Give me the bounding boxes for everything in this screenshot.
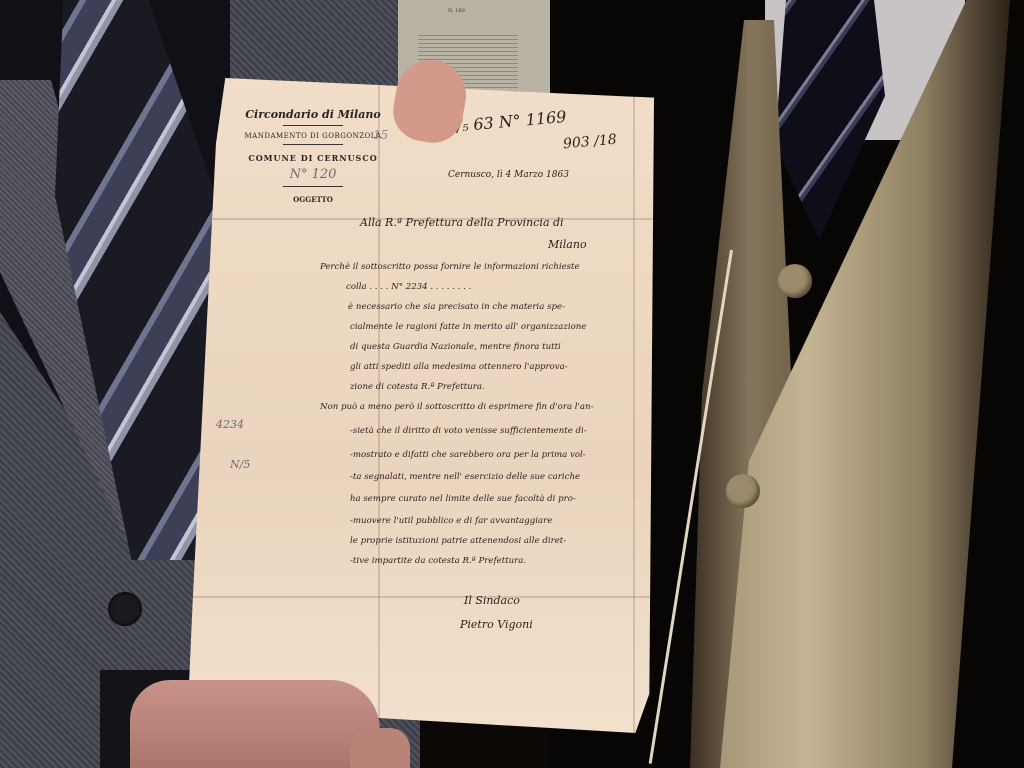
reference-subnumber: 903 /18 xyxy=(562,132,617,153)
background-document-header: N. 180 xyxy=(448,8,465,14)
addressee: Alla R.ª Prefettura della Provincia di xyxy=(360,216,564,229)
place-and-date: Cernusco, lì 4 Marzo 1863 xyxy=(448,170,569,180)
letter-body-line: le proprie istituzioni patrie attenendos… xyxy=(350,536,566,546)
fold-crease-horizontal xyxy=(188,596,654,598)
letter-body-line: -tive impartite da cotesta R.ª Prefettur… xyxy=(350,556,526,566)
letterhead-mandamento: MANDAMENTO DI GORGONZOLA xyxy=(238,132,388,140)
letter-body-line: Perchè il sottoscritto possa fornire le … xyxy=(320,262,580,272)
margin-pencil-note: N/5 xyxy=(230,458,250,471)
letterhead-comune: COMUNE DI CERNUSCO xyxy=(238,153,388,163)
margin-pencil-note: 4234 xyxy=(216,418,244,431)
jacket-button xyxy=(108,592,142,626)
letter-body-line: -muovere l'util pubblico e di far avvant… xyxy=(350,516,552,526)
letterhead-oggetto: OGGETTO xyxy=(238,195,388,204)
fold-crease-vertical xyxy=(633,78,635,733)
letterhead-protocol-number: N° 120 xyxy=(238,167,388,182)
letter-body-line: -sietà che il diritto di voto venisse su… xyxy=(350,426,587,436)
letterhead-rule xyxy=(283,144,343,145)
letter-body-line: cialmente le ragioni fatte in merito all… xyxy=(350,322,586,332)
letter-body-line: zione di cotesta R.ª Prefettura. xyxy=(350,382,485,392)
letter-body-line: è necessario che sia precisato in che ma… xyxy=(348,302,565,312)
margin-pencil-mark: 15 xyxy=(373,128,388,142)
letter-body-line: colla . . . . N° 2234 . . . . . . . . xyxy=(346,282,471,292)
letterhead-rule xyxy=(283,125,343,126)
letter-body-line: Non può a meno però il sottoscritto di e… xyxy=(320,402,594,412)
letterhead: Circondario di Milano MANDAMENTO DI GORG… xyxy=(238,108,388,204)
letter-body-line: di questa Guardia Nazionale, mentre fino… xyxy=(350,342,561,352)
letter-body-line: gli atti spediti alla medesima ottennero… xyxy=(350,362,568,372)
handwritten-letter: Circondario di Milano MANDAMENTO DI GORG… xyxy=(188,78,654,733)
signature-name: Pietro Vigoni xyxy=(460,618,533,631)
letterhead-circondario: Circondario di Milano xyxy=(238,108,388,121)
letter-body-line: -mostrato e difatti che sarebbero ora pe… xyxy=(350,450,586,460)
addressee-city: Milano xyxy=(548,238,587,251)
letter-body-line: -ta segnalati, mentre nell' esercizio de… xyxy=(350,472,580,482)
letter-body-line: ha sempre curato nel limite delle sue fa… xyxy=(350,494,576,504)
fingers-holding-letter xyxy=(350,728,410,768)
letterhead-rule xyxy=(283,186,343,187)
hand-holding-letter xyxy=(130,680,380,768)
cardigan-button xyxy=(778,264,812,298)
reference-number: ⁴/₅ 63 N° 1169 xyxy=(449,107,567,136)
signature-title: Il Sindaco xyxy=(464,594,520,607)
cardigan-button xyxy=(726,474,760,508)
